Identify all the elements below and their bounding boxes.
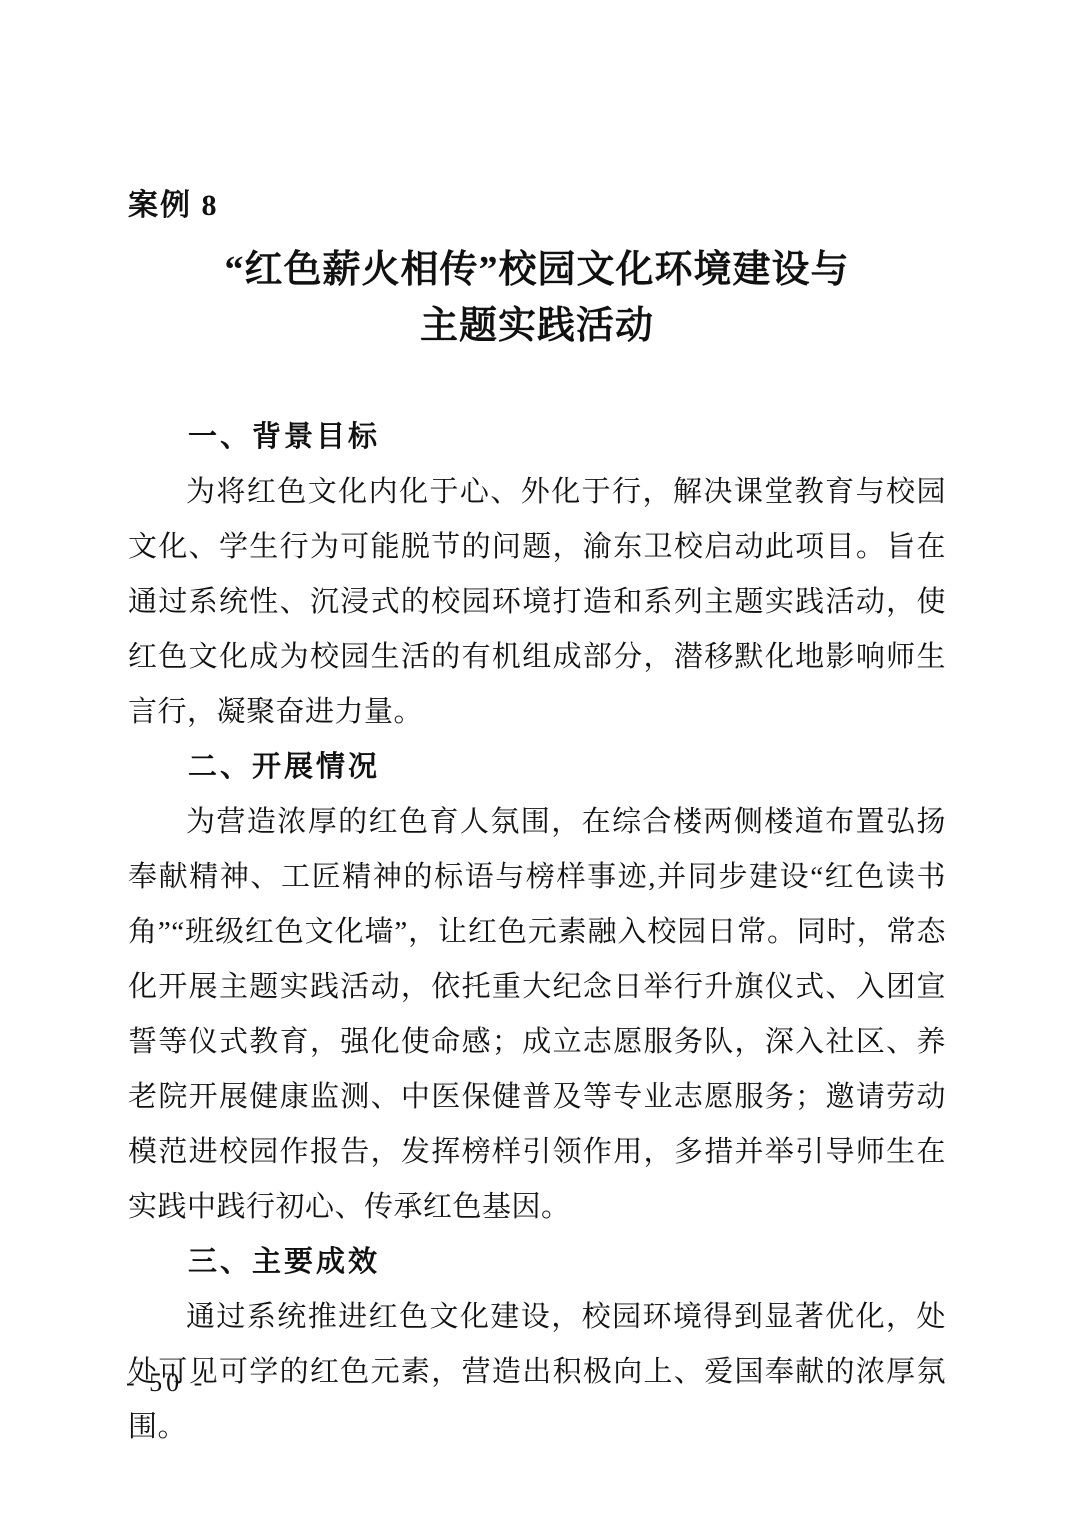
section-development-status: 二、开展情况 为营造浓厚的红色育人氛围，在综合楼两侧楼道布置弘扬奉献精神、工匠精… xyxy=(128,740,946,1235)
case-label: 案例 8 xyxy=(128,188,946,224)
section-heading-1: 一、背景目标 xyxy=(128,410,946,465)
section-heading-2: 二、开展情况 xyxy=(128,740,946,795)
document-title-line-1: “红色薪火相传”校园文化环境建设与 xyxy=(128,242,946,298)
section-background-goals: 一、背景目标 为将红色文化内化于心、外化于行，解决课堂教育与校园文化、学生行为可… xyxy=(128,410,946,740)
section-heading-3: 三、主要成效 xyxy=(128,1235,946,1290)
section-main-results: 三、主要成效 通过系统推进红色文化建设，校园环境得到显著优化，处处可见可学的红色… xyxy=(128,1235,946,1455)
document-title: “红色薪火相传”校园文化环境建设与 主题实践活动 xyxy=(128,242,946,354)
page-number: - 50 - xyxy=(126,1368,206,1398)
section-3-paragraph: 通过系统推进红色文化建设，校园环境得到显著优化，处处可见可学的红色元素，营造出积… xyxy=(128,1290,946,1455)
section-1-paragraph: 为将红色文化内化于心、外化于行，解决课堂教育与校园文化、学生行为可能脱节的问题，… xyxy=(128,465,946,740)
document-page: 案例 8 “红色薪火相传”校园文化环境建设与 主题实践活动 一、背景目标 为将红… xyxy=(0,0,1074,1520)
document-title-line-2: 主题实践活动 xyxy=(128,298,946,354)
section-2-paragraph: 为营造浓厚的红色育人氛围，在综合楼两侧楼道布置弘扬奉献精神、工匠精神的标语与榜样… xyxy=(128,795,946,1235)
